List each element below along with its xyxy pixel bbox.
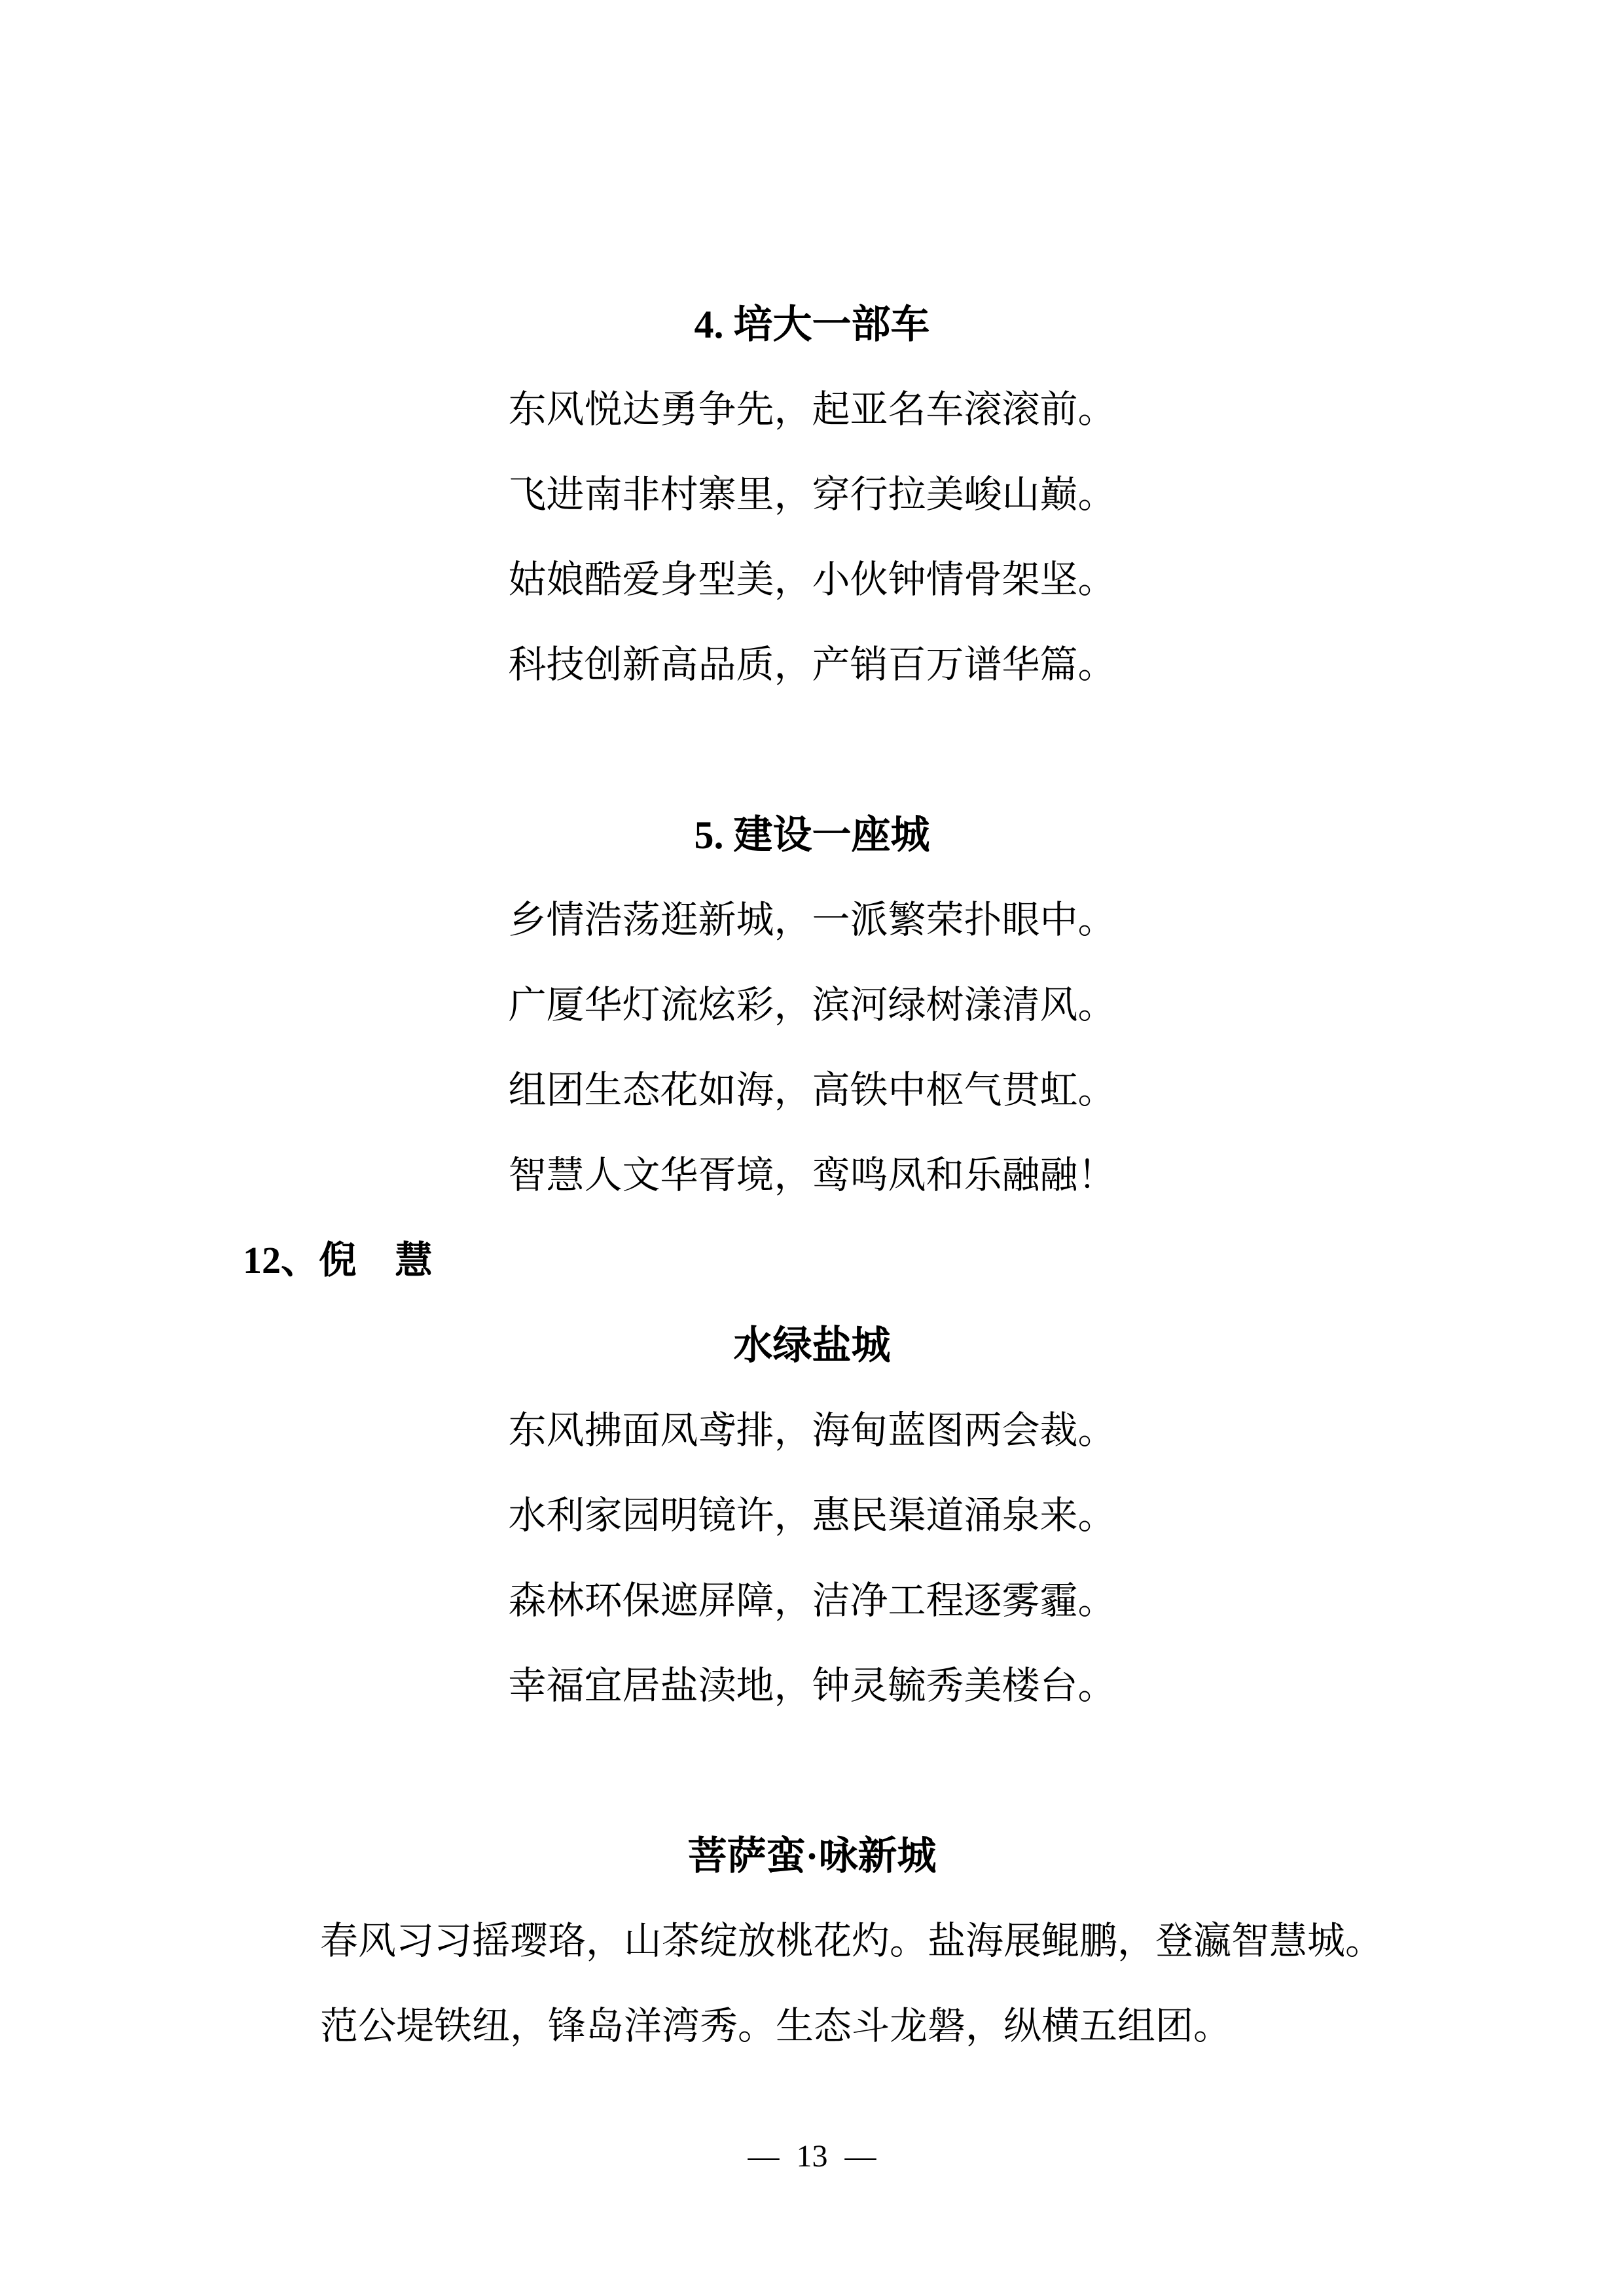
ci-line-1: 春风习习摇璎珞，山茶绽放桃花灼。盐海展鲲鹏，登瀛智慧城。	[243, 1899, 1381, 1984]
poem-4-line-4: 科技创新高品质，产销百万谱华篇。	[243, 622, 1381, 708]
poem-shuilv-line-3: 森林环保遮屏障，洁净工程逐雾霾。	[243, 1558, 1381, 1643]
poem-shuilv-line-1: 东风拂面凤鸢排，海甸蓝图两会裁。	[243, 1388, 1381, 1473]
author-heading: 12、倪 慧	[243, 1218, 1381, 1303]
blank-line	[243, 1729, 1381, 1814]
ci-title: 菩萨蛮·咏新城	[243, 1814, 1381, 1899]
poem-4-line-3: 姑娘酷爱身型美，小伙钟情骨架坚。	[243, 537, 1381, 622]
poem-4-title: 4. 培大一部车	[243, 282, 1381, 367]
poem-5-line-3: 组团生态花如海，高铁中枢气贯虹。	[243, 1048, 1381, 1133]
poem-5-line-4: 智慧人文华胥境，鸾鸣凤和乐融融！	[243, 1133, 1381, 1218]
poem-shuilv-line-4: 幸福宜居盐渎地，钟灵毓秀美楼台。	[243, 1643, 1381, 1729]
poem-shuilv-line-2: 水利家园明镜许，惠民渠道涌泉来。	[243, 1473, 1381, 1558]
poem-4-line-2: 飞进南非村寨里，穿行拉美峻山巅。	[243, 452, 1381, 537]
poem-5-line-1: 乡情浩荡逛新城，一派繁荣扑眼中。	[243, 878, 1381, 963]
page-number: — 13 —	[0, 2114, 1624, 2199]
poem-shuilv-title: 水绿盐城	[243, 1303, 1381, 1388]
blank-line	[243, 708, 1381, 793]
poem-5-line-2: 广厦华灯流炫彩，滨河绿树漾清风。	[243, 963, 1381, 1048]
ci-line-2: 范公堤铁纽，锋岛洋湾秀。生态斗龙磐，纵横五组团。	[243, 1984, 1381, 2069]
page-content: 4. 培大一部车 东风悦达勇争先，起亚名车滚滚前。 飞进南非村寨里，穿行拉美峻山…	[0, 0, 1624, 2069]
poem-4-line-1: 东风悦达勇争先，起亚名车滚滚前。	[243, 367, 1381, 452]
poem-5-title: 5. 建设一座城	[243, 793, 1381, 878]
document-page: 4. 培大一部车 东风悦达勇争先，起亚名车滚滚前。 飞进南非村寨里，穿行拉美峻山…	[0, 0, 1624, 2296]
